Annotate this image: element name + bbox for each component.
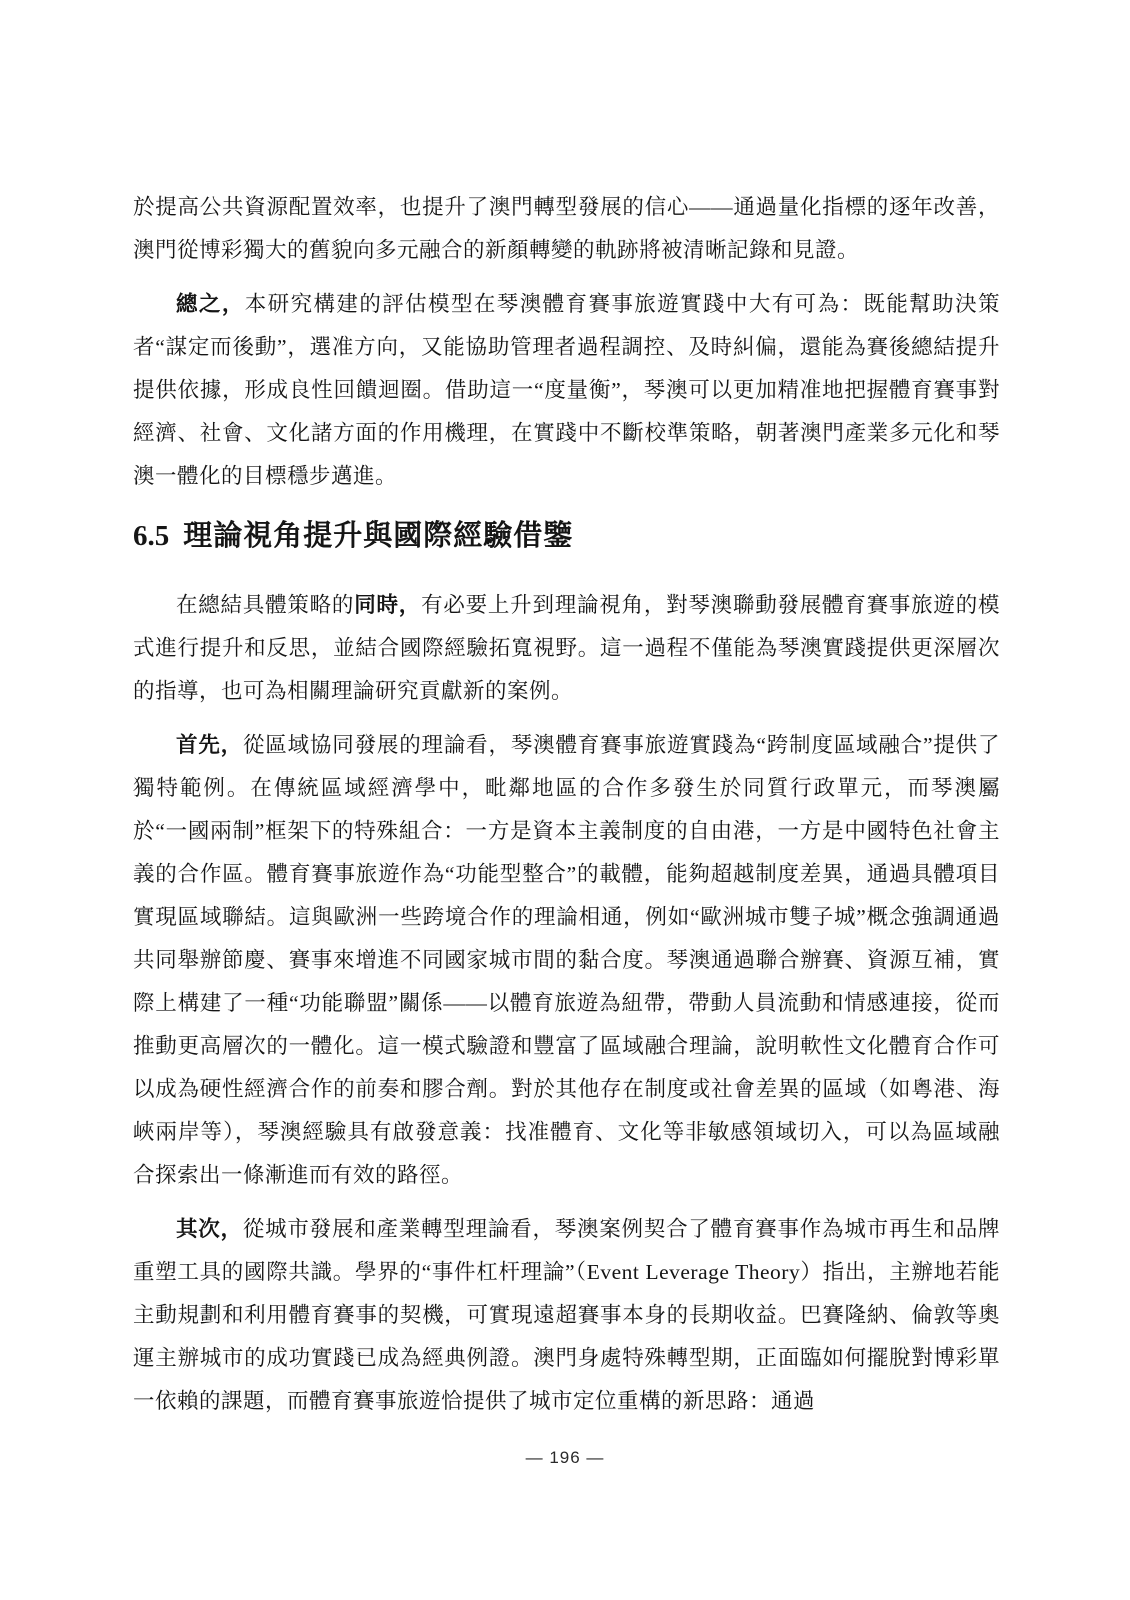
paragraph: 其次，從城市發展和產業轉型理論看，琴澳案例契合了體育賽事作為城市再生和品牌重塑工… <box>133 1208 1000 1423</box>
bold-lead-text: 其次， <box>176 1217 243 1241</box>
body-text: 在總結具體策略的 <box>176 593 354 617</box>
bold-lead-text: 總之， <box>176 292 245 316</box>
body-text: 從城市發展和產業轉型理論看，琴澳案例契合了體育賽事作為城市再生和品牌重塑工具的國… <box>133 1217 1000 1413</box>
section-heading: 6.5理論視角提升與國際經驗借鑒 <box>133 518 1000 554</box>
paragraph: 總之，本研究構建的評估模型在琴澳體育賽事旅遊實踐中大有可為：既能幫助決策者“謀定… <box>133 283 1000 498</box>
paragraph: 在總結具體策略的同時，有必要上升到理論視角，對琴澳聯動發展體育賽事旅遊的模式進行… <box>133 584 1000 713</box>
page-footer: — 196 — <box>0 1448 1130 1468</box>
document-content: 於提高公共資源配置效率，也提升了澳門轉型發展的信心——通過量化指標的逐年改善，澳… <box>133 186 1000 1434</box>
paragraphs-before-heading: 於提高公共資源配置效率，也提升了澳門轉型發展的信心——通過量化指標的逐年改善，澳… <box>133 186 1000 498</box>
body-text: 本研究構建的評估模型在琴澳體育賽事旅遊實踐中大有可為：既能幫助決策者“謀定而後動… <box>133 292 1000 488</box>
section-title: 理論視角提升與國際經驗借鑒 <box>183 520 573 552</box>
bold-lead-text: 首先， <box>176 733 243 757</box>
paragraphs-after-heading: 在總結具體策略的同時，有必要上升到理論視角，對琴澳聯動發展體育賽事旅遊的模式進行… <box>133 584 1000 1423</box>
page-number: — 196 — <box>526 1448 605 1467</box>
paragraph: 於提高公共資源配置效率，也提升了澳門轉型發展的信心——通過量化指標的逐年改善，澳… <box>133 186 1000 272</box>
document-page: 於提高公共資源配置效率，也提升了澳門轉型發展的信心——通過量化指標的逐年改善，澳… <box>0 0 1130 1600</box>
section-number: 6.5 <box>133 520 169 552</box>
body-text: 於提高公共資源配置效率，也提升了澳門轉型發展的信心——通過量化指標的逐年改善，澳… <box>133 195 1000 262</box>
bold-lead-text: 同時， <box>354 593 421 617</box>
body-text: 從區域協同發展的理論看，琴澳體育賽事旅遊實踐為“跨制度區域融合”提供了獨特範例。… <box>133 733 1000 1187</box>
paragraph: 首先，從區域協同發展的理論看，琴澳體育賽事旅遊實踐為“跨制度區域融合”提供了獨特… <box>133 724 1000 1197</box>
